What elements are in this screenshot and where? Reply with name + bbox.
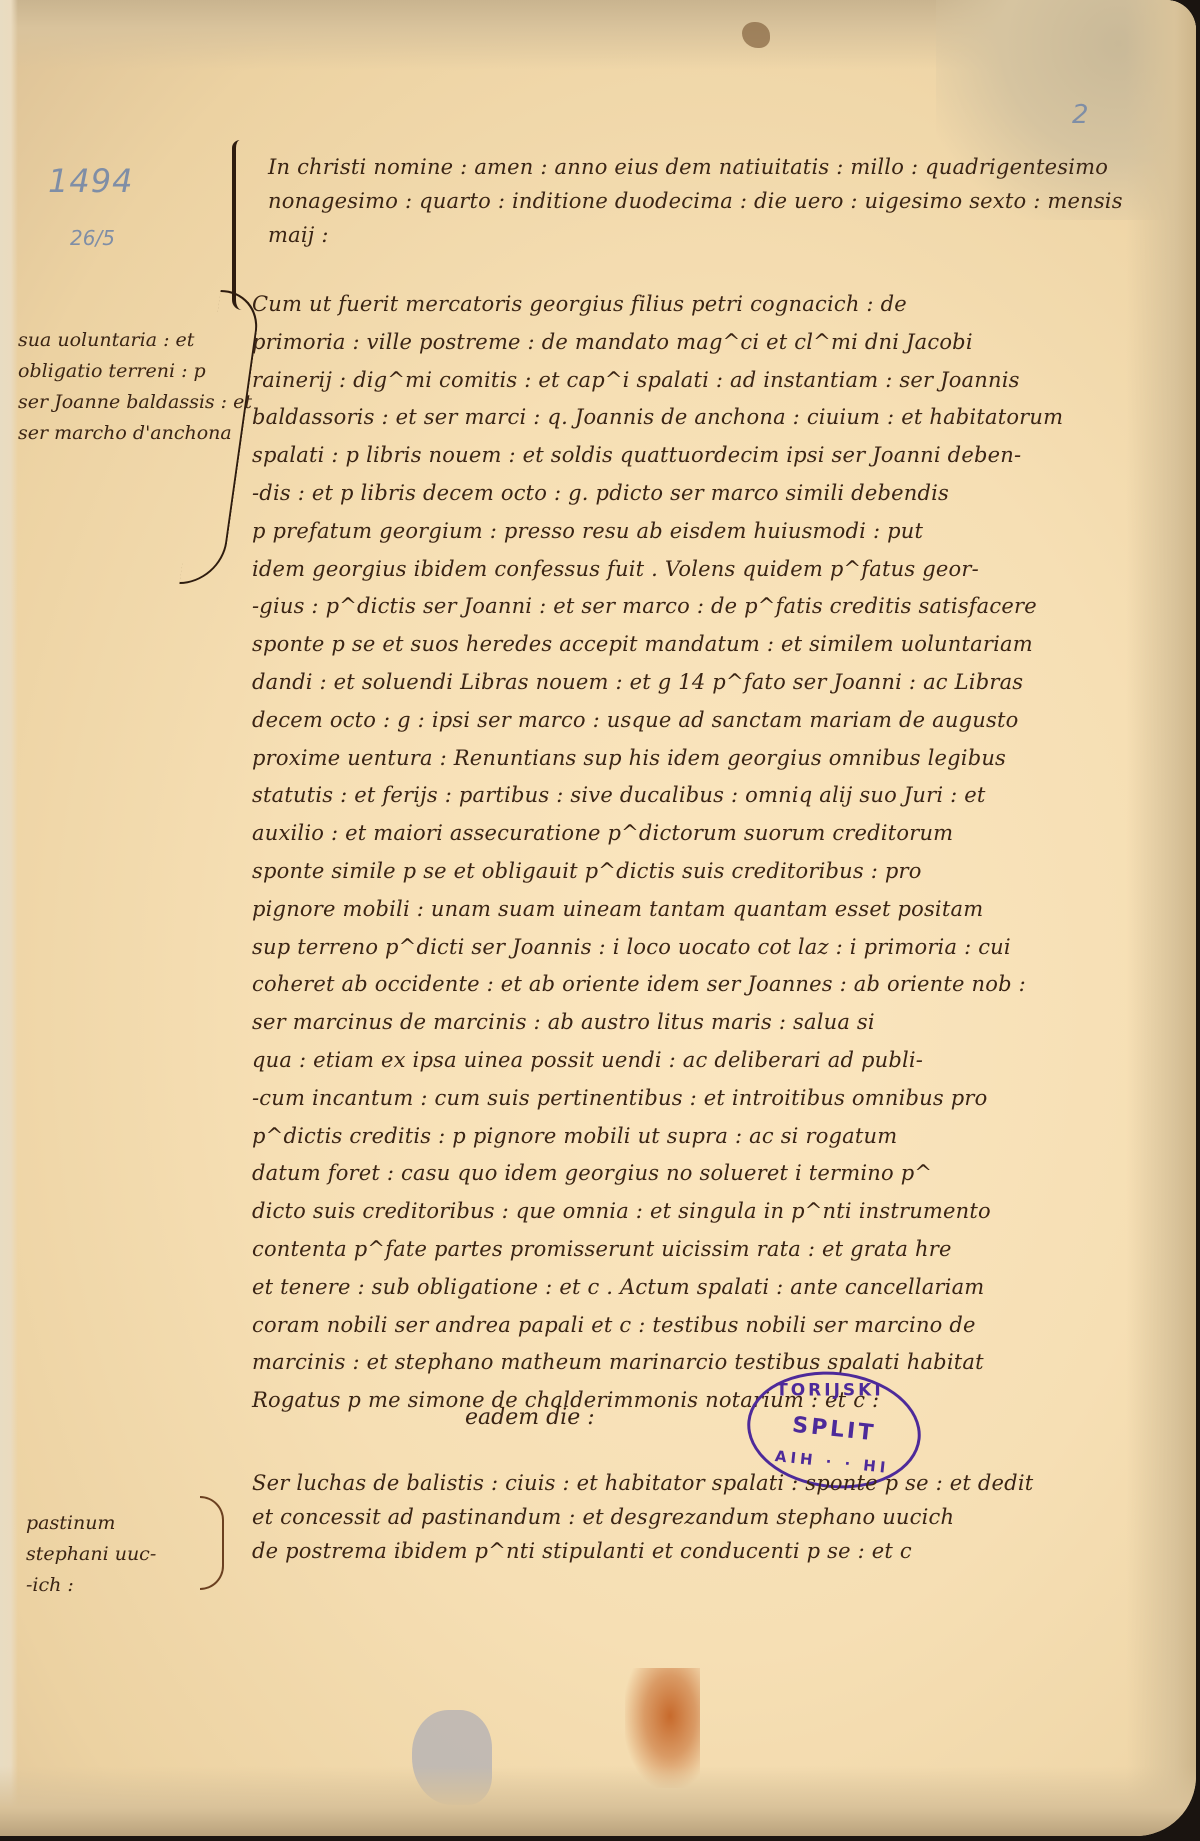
text-line: dandi : et soluendi Libras nouem : et g … <box>252 664 1063 702</box>
margin-line: ser Joanne baldassis : et <box>18 387 252 418</box>
text-line: sponte simile p se et obligauit p^dictis… <box>252 853 1063 891</box>
decorated-initial <box>232 140 256 310</box>
second-entry-heading: eadem die : <box>465 1405 595 1430</box>
text-line: de postrema ibidem p^nti stipulanti et c… <box>252 1534 1033 1568</box>
text-line: Ser luchas de balistis : ciuis : et habi… <box>252 1466 1033 1500</box>
text-line: datum foret : casu quo idem georgius no … <box>252 1155 1063 1193</box>
text-line: decem octo : g : ipsi ser marco : usque … <box>252 702 1063 740</box>
text-line: proxime uentura : Renuntians sup his ide… <box>252 740 1063 778</box>
margin-line: stephani uuc- <box>26 1539 156 1570</box>
text-line: -cum incantum : cum suis pertinentibus :… <box>252 1080 1063 1118</box>
text-line: coheret ab occidente : et ab oriente ide… <box>252 966 1063 1004</box>
text-line: spalati : p libris nouem : et soldis qua… <box>252 437 1063 475</box>
text-line: maij : <box>268 218 1123 252</box>
second-entry: Ser luchas de balistis : ciuis : et habi… <box>252 1466 1033 1568</box>
margin-line: -ich : <box>26 1570 156 1601</box>
text-line: -dis : et p libris decem octo : g. pdict… <box>252 475 1063 513</box>
margin-line: pastinum <box>26 1508 156 1539</box>
text-line: pignore mobili : unam suam uineam tantam… <box>252 891 1063 929</box>
page-right-edge <box>1126 0 1196 1836</box>
folio-number: 2 <box>1072 100 1089 130</box>
text-line: rainerij : dig^mi comitis : et cap^i spa… <box>252 362 1063 400</box>
text-line: marcinis : et stephano matheum marinarci… <box>252 1344 1063 1382</box>
stamp-center: SPLIT <box>791 1413 877 1447</box>
manuscript-page: 2 1494 26/5 In christi nomine : amen : a… <box>0 0 1196 1836</box>
text-line: idem georgius ibidem confessus fuit . Vo… <box>252 551 1063 589</box>
stamp-arc-top: TORIJSKI <box>776 1380 884 1400</box>
margin-note-first: sua uoluntaria : et obligatio terreni : … <box>18 325 252 449</box>
text-line: p^dictis creditis : p pignore mobili ut … <box>252 1118 1063 1156</box>
text-line: qua : etiam ex ipsa uinea possit uendi :… <box>252 1042 1063 1080</box>
text-line: statutis : et ferijs : partibus : sive d… <box>252 777 1063 815</box>
text-line: baldassoris : et ser marci : q. Joannis … <box>252 399 1063 437</box>
text-line: Cum ut fuerit mercatoris georgius filius… <box>252 286 1063 324</box>
page-left-edge <box>0 0 18 1836</box>
text-line: coram nobili ser andrea papali et c : te… <box>252 1307 1063 1345</box>
text-line: sup terreno p^dicti ser Joannis : i loco… <box>252 929 1063 967</box>
margin-note-second: pastinum stephani uuc- -ich : <box>26 1508 156 1601</box>
margin-line: sua uoluntaria : et <box>18 325 252 356</box>
text-line: Rogatus p me simone de chalderimmonis no… <box>252 1382 1063 1420</box>
ink-blot <box>742 22 770 48</box>
text-line: sponte p se et suos heredes accepit mand… <box>252 626 1063 664</box>
text-line: et tenere : sub obligatione : et c . Act… <box>252 1269 1063 1307</box>
text-line: et concessit ad pastinandum : et desgrez… <box>252 1500 1033 1534</box>
text-line: p prefatum georgium : presso resu ab eis… <box>252 513 1063 551</box>
pencil-year-annotation: 1494 <box>48 162 133 200</box>
text-line: -gius : p^dictis ser Joanni : et ser mar… <box>252 588 1063 626</box>
text-line: auxilio : et maiori assecuratione p^dict… <box>252 815 1063 853</box>
margin-line: obligatio terreni : p <box>18 356 252 387</box>
margin-line: ser marcho d'anchona <box>18 418 252 449</box>
pencil-date-annotation: 26/5 <box>70 226 115 250</box>
main-entry: Cum ut fuerit mercatoris georgius filius… <box>252 286 1063 1420</box>
water-stain-bottom <box>0 1766 1196 1836</box>
text-line: nonagesimo : quarto : inditione duodecim… <box>268 184 1123 218</box>
text-line: dicto suis creditoribus : que omnia : et… <box>252 1193 1063 1231</box>
text-line: primoria : ville postreme : de mandato m… <box>252 324 1063 362</box>
text-line: contenta p^fate partes promisserunt uici… <box>252 1231 1063 1269</box>
text-line: ser marcinus de marcinis : ab austro lit… <box>252 1004 1063 1042</box>
text-line: In christi nomine : amen : anno eius dem… <box>268 150 1123 184</box>
margin-bracket-second <box>200 1496 224 1590</box>
invocation-paragraph: In christi nomine : amen : anno eius dem… <box>268 150 1123 252</box>
